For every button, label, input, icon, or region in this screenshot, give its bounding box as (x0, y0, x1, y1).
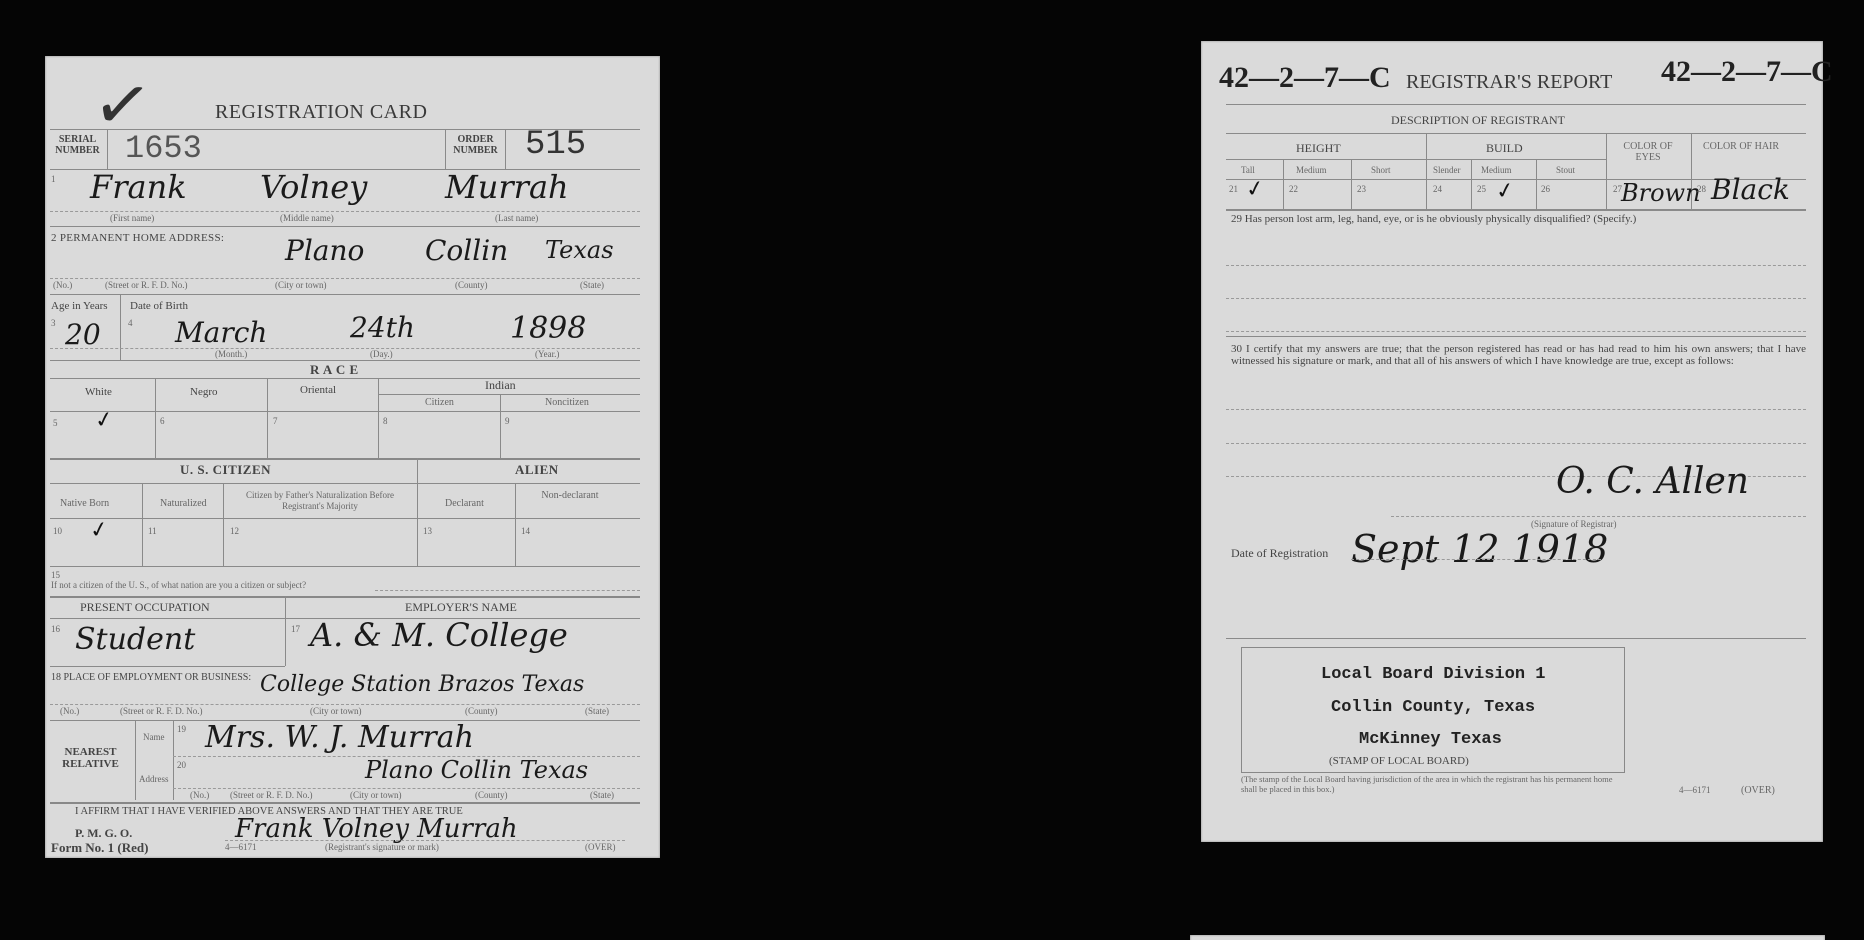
field-number: 11 (148, 526, 157, 536)
report-title: REGISTRAR'S REPORT (1406, 71, 1612, 94)
build-header: BUILD (1486, 141, 1523, 156)
serial-number-value: 1653 (125, 130, 202, 167)
relative-name-value: Mrs. W. J. Murrah (205, 720, 474, 755)
field-number: 5 (53, 418, 58, 428)
race-col-negro: Negro (190, 386, 218, 398)
field-number: 25 (1477, 184, 1486, 194)
race-col-indian: Indian (485, 378, 516, 393)
native-born-check-mark: ✓ (88, 517, 110, 545)
registrar-signature: O. C. Allen (1556, 461, 1749, 502)
employer-value: A. & M. College (310, 616, 568, 654)
field-number: 6 (160, 416, 165, 426)
occupation-value: Student (75, 622, 195, 657)
eyes-header: COLOR OF EYES (1613, 141, 1683, 163)
build-col-slender: Slender (1433, 165, 1461, 175)
caption: (State) (580, 280, 604, 290)
field-number: 24 (1433, 184, 1442, 194)
hair-color-value: Black (1711, 173, 1790, 206)
caption: (Year.) (535, 349, 559, 359)
age-label: Age in Years (51, 300, 108, 312)
pmgo-label: P. M. G. O. (75, 826, 132, 841)
nearest-relative-label: NEAREST RELATIVE (53, 746, 128, 770)
form-number-label: Form No. 1 (Red) (51, 840, 148, 856)
field-number: 9 (505, 416, 510, 426)
build-col-stout: Stout (1556, 165, 1575, 175)
registrar-report-card: 42—2—7—C REGISTRAR'S REPORT 42—2—7—C DES… (1201, 41, 1823, 842)
caption: (City or town) (350, 790, 402, 800)
caption: (Street or R. F. D. No.) (105, 280, 188, 290)
eye-color-value: Brown (1621, 179, 1701, 207)
indian-noncitizen: Noncitizen (545, 397, 589, 408)
field-number: 23 (1357, 184, 1366, 194)
field-number: 8 (383, 416, 388, 426)
registration-card: ✓ REGISTRATION CARD SERIAL NUMBER 1653 O… (45, 56, 660, 858)
field-number: 19 (177, 724, 186, 734)
occupation-header: PRESENT OCCUPATION (80, 600, 210, 615)
build-col-medium: Medium (1481, 165, 1512, 175)
q15-question: If not a citizen of the U. S., of what n… (51, 580, 306, 590)
field-number: 7 (273, 416, 278, 426)
alien-col-nondeclarant: Non-declarant (535, 490, 605, 501)
home-state: Texas (545, 236, 614, 264)
height-col-short: Short (1371, 165, 1391, 175)
alien-col-declarant: Declarant (445, 498, 484, 509)
field-number: 28 (1697, 184, 1706, 194)
card-title: REGISTRATION CARD (215, 101, 427, 124)
caption: (State) (590, 790, 614, 800)
caption: (Middle name) (280, 213, 334, 223)
height-col-tall: Tall (1241, 165, 1255, 175)
field-number: 17 (291, 624, 300, 634)
dob-label: Date of Birth (130, 300, 188, 312)
middle-name: Volney (260, 168, 367, 206)
height-header: HEIGHT (1296, 141, 1341, 156)
first-name: Frank (90, 168, 187, 206)
alien-header: ALIEN (515, 462, 559, 478)
race-col-white: White (85, 386, 112, 398)
field-number: 1 (51, 174, 56, 184)
us-citizen-header: U. S. CITIZEN (180, 462, 271, 478)
stamp-line-2: Collin County, Texas (1331, 698, 1535, 717)
home-county: Collin (425, 234, 508, 267)
stamp-caption: (STAMP OF LOCAL BOARD) (1329, 755, 1469, 767)
dob-day: 24th (350, 311, 415, 344)
stamp-note: (The stamp of the Local Board having jur… (1241, 774, 1626, 794)
stamp-line-1: Local Board Division 1 (1321, 665, 1545, 684)
over-label: (OVER) (1741, 785, 1775, 796)
dob-year: 1898 (510, 311, 586, 346)
field-number: 15 (51, 570, 60, 580)
place-of-employment-label: 18 PLACE OF EMPLOYMENT OR BUSINESS: (51, 672, 251, 683)
build-medium-check-mark: ✓ (1494, 178, 1516, 206)
form-code: 4—6171 (1679, 785, 1711, 795)
field-number: 26 (1541, 184, 1550, 194)
field-number: 12 (230, 526, 239, 536)
last-name: Murrah (445, 168, 569, 206)
dob-month: March (175, 316, 267, 349)
race-header: R A C E (310, 362, 359, 378)
caption: (First name) (110, 213, 154, 223)
caption: (County) (475, 790, 508, 800)
field-number: 21 (1229, 184, 1238, 194)
caption: (Month.) (215, 349, 247, 359)
caption: (State) (585, 706, 609, 716)
form-code: 4—6171 (225, 842, 257, 852)
age-value: 20 (65, 318, 101, 351)
caption: (No.) (60, 706, 79, 716)
caption: (Last name) (495, 213, 538, 223)
field-number: 4 (128, 318, 133, 328)
next-card-edge (1190, 935, 1825, 940)
q29-question: 29 Has person lost arm, leg, hand, eye, … (1231, 213, 1806, 225)
field-number: 16 (51, 624, 60, 634)
citizen-col-native: Native Born (60, 498, 109, 509)
over-label: (OVER) (585, 842, 616, 852)
caption: (No.) (53, 280, 72, 290)
field-number: 3 (51, 318, 56, 328)
caption: (Street or R. F. D. No.) (120, 706, 203, 716)
caption: (City or town) (310, 706, 362, 716)
caption: (City or town) (275, 280, 327, 290)
field-number: 14 (521, 526, 530, 536)
indian-citizen: Citizen (425, 397, 454, 408)
stamp-number-left: 42—2—7—C (1219, 61, 1391, 95)
field-number: 13 (423, 526, 432, 536)
caption: (Street or R. F. D. No.) (230, 790, 313, 800)
field-number: 20 (177, 760, 186, 770)
employer-header: EMPLOYER'S NAME (405, 600, 517, 615)
order-number-value: 515 (525, 126, 586, 164)
relative-address-value: Plano Collin Texas (365, 756, 588, 784)
height-col-medium: Medium (1296, 165, 1327, 175)
description-header: DESCRIPTION OF REGISTRANT (1391, 113, 1565, 128)
caption: (No.) (190, 790, 209, 800)
place-of-employment-value: College Station Brazos Texas (260, 672, 584, 697)
serial-number-label: SERIAL NUMBER (50, 134, 105, 156)
caption: (Day.) (370, 349, 393, 359)
caption: (County) (465, 706, 498, 716)
home-city: Plano (285, 234, 364, 267)
citizen-col-naturalized: Naturalized (160, 498, 207, 509)
home-address-label: 2 PERMANENT HOME ADDRESS: (51, 232, 224, 244)
citizen-col-fathers: Citizen by Father's Naturalization Befor… (230, 490, 410, 512)
field-number: 10 (53, 526, 62, 536)
stamp-line-3: McKinney Texas (1359, 730, 1502, 749)
caption: (County) (455, 280, 488, 290)
relative-address-label: Address (139, 774, 169, 784)
caption: (Registrant's signature or mark) (325, 842, 439, 852)
date-of-registration-value: Sept 12 1918 (1351, 527, 1608, 571)
field-number: 22 (1289, 184, 1298, 194)
stamp-number-right: 42—2—7—C (1661, 55, 1833, 89)
hair-header: COLOR OF HAIR (1701, 141, 1781, 152)
date-of-registration-label: Date of Registration (1231, 546, 1328, 561)
q30-certification: 30 I certify that my answers are true; t… (1231, 343, 1806, 367)
order-number-label: ORDER NUMBER (448, 134, 503, 156)
race-col-oriental: Oriental (300, 384, 336, 396)
relative-name-label: Name (143, 732, 165, 742)
